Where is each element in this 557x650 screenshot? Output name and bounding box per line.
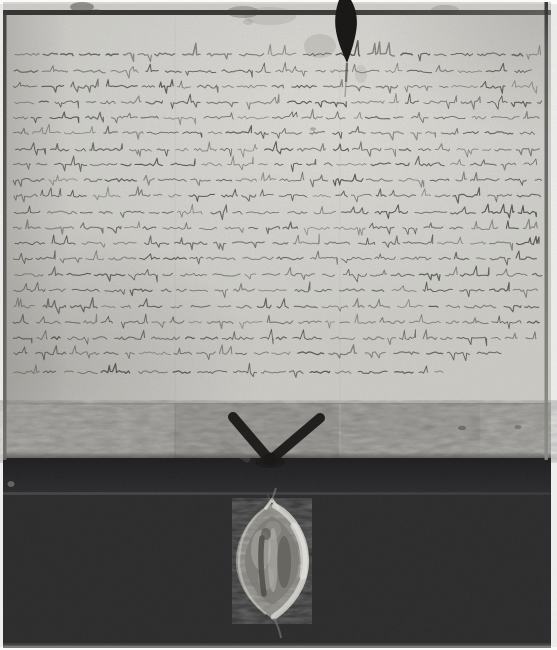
stain-mark	[304, 34, 336, 58]
stain-mark	[243, 19, 253, 25]
stain-mark	[458, 426, 466, 430]
stain-mark	[355, 65, 367, 83]
stain-mark	[8, 481, 15, 487]
stain-mark	[515, 425, 522, 429]
photo-canvas	[0, 0, 557, 650]
stain-mark	[91, 9, 101, 15]
seal-figure	[261, 538, 264, 594]
stain-mark	[70, 2, 94, 12]
stain-mark	[310, 127, 316, 131]
stain-mark	[431, 5, 459, 15]
photo-frame-right	[545, 2, 549, 460]
charter-photograph	[0, 0, 557, 650]
photo-frame-left	[3, 10, 7, 460]
parchment	[3, 2, 551, 404]
